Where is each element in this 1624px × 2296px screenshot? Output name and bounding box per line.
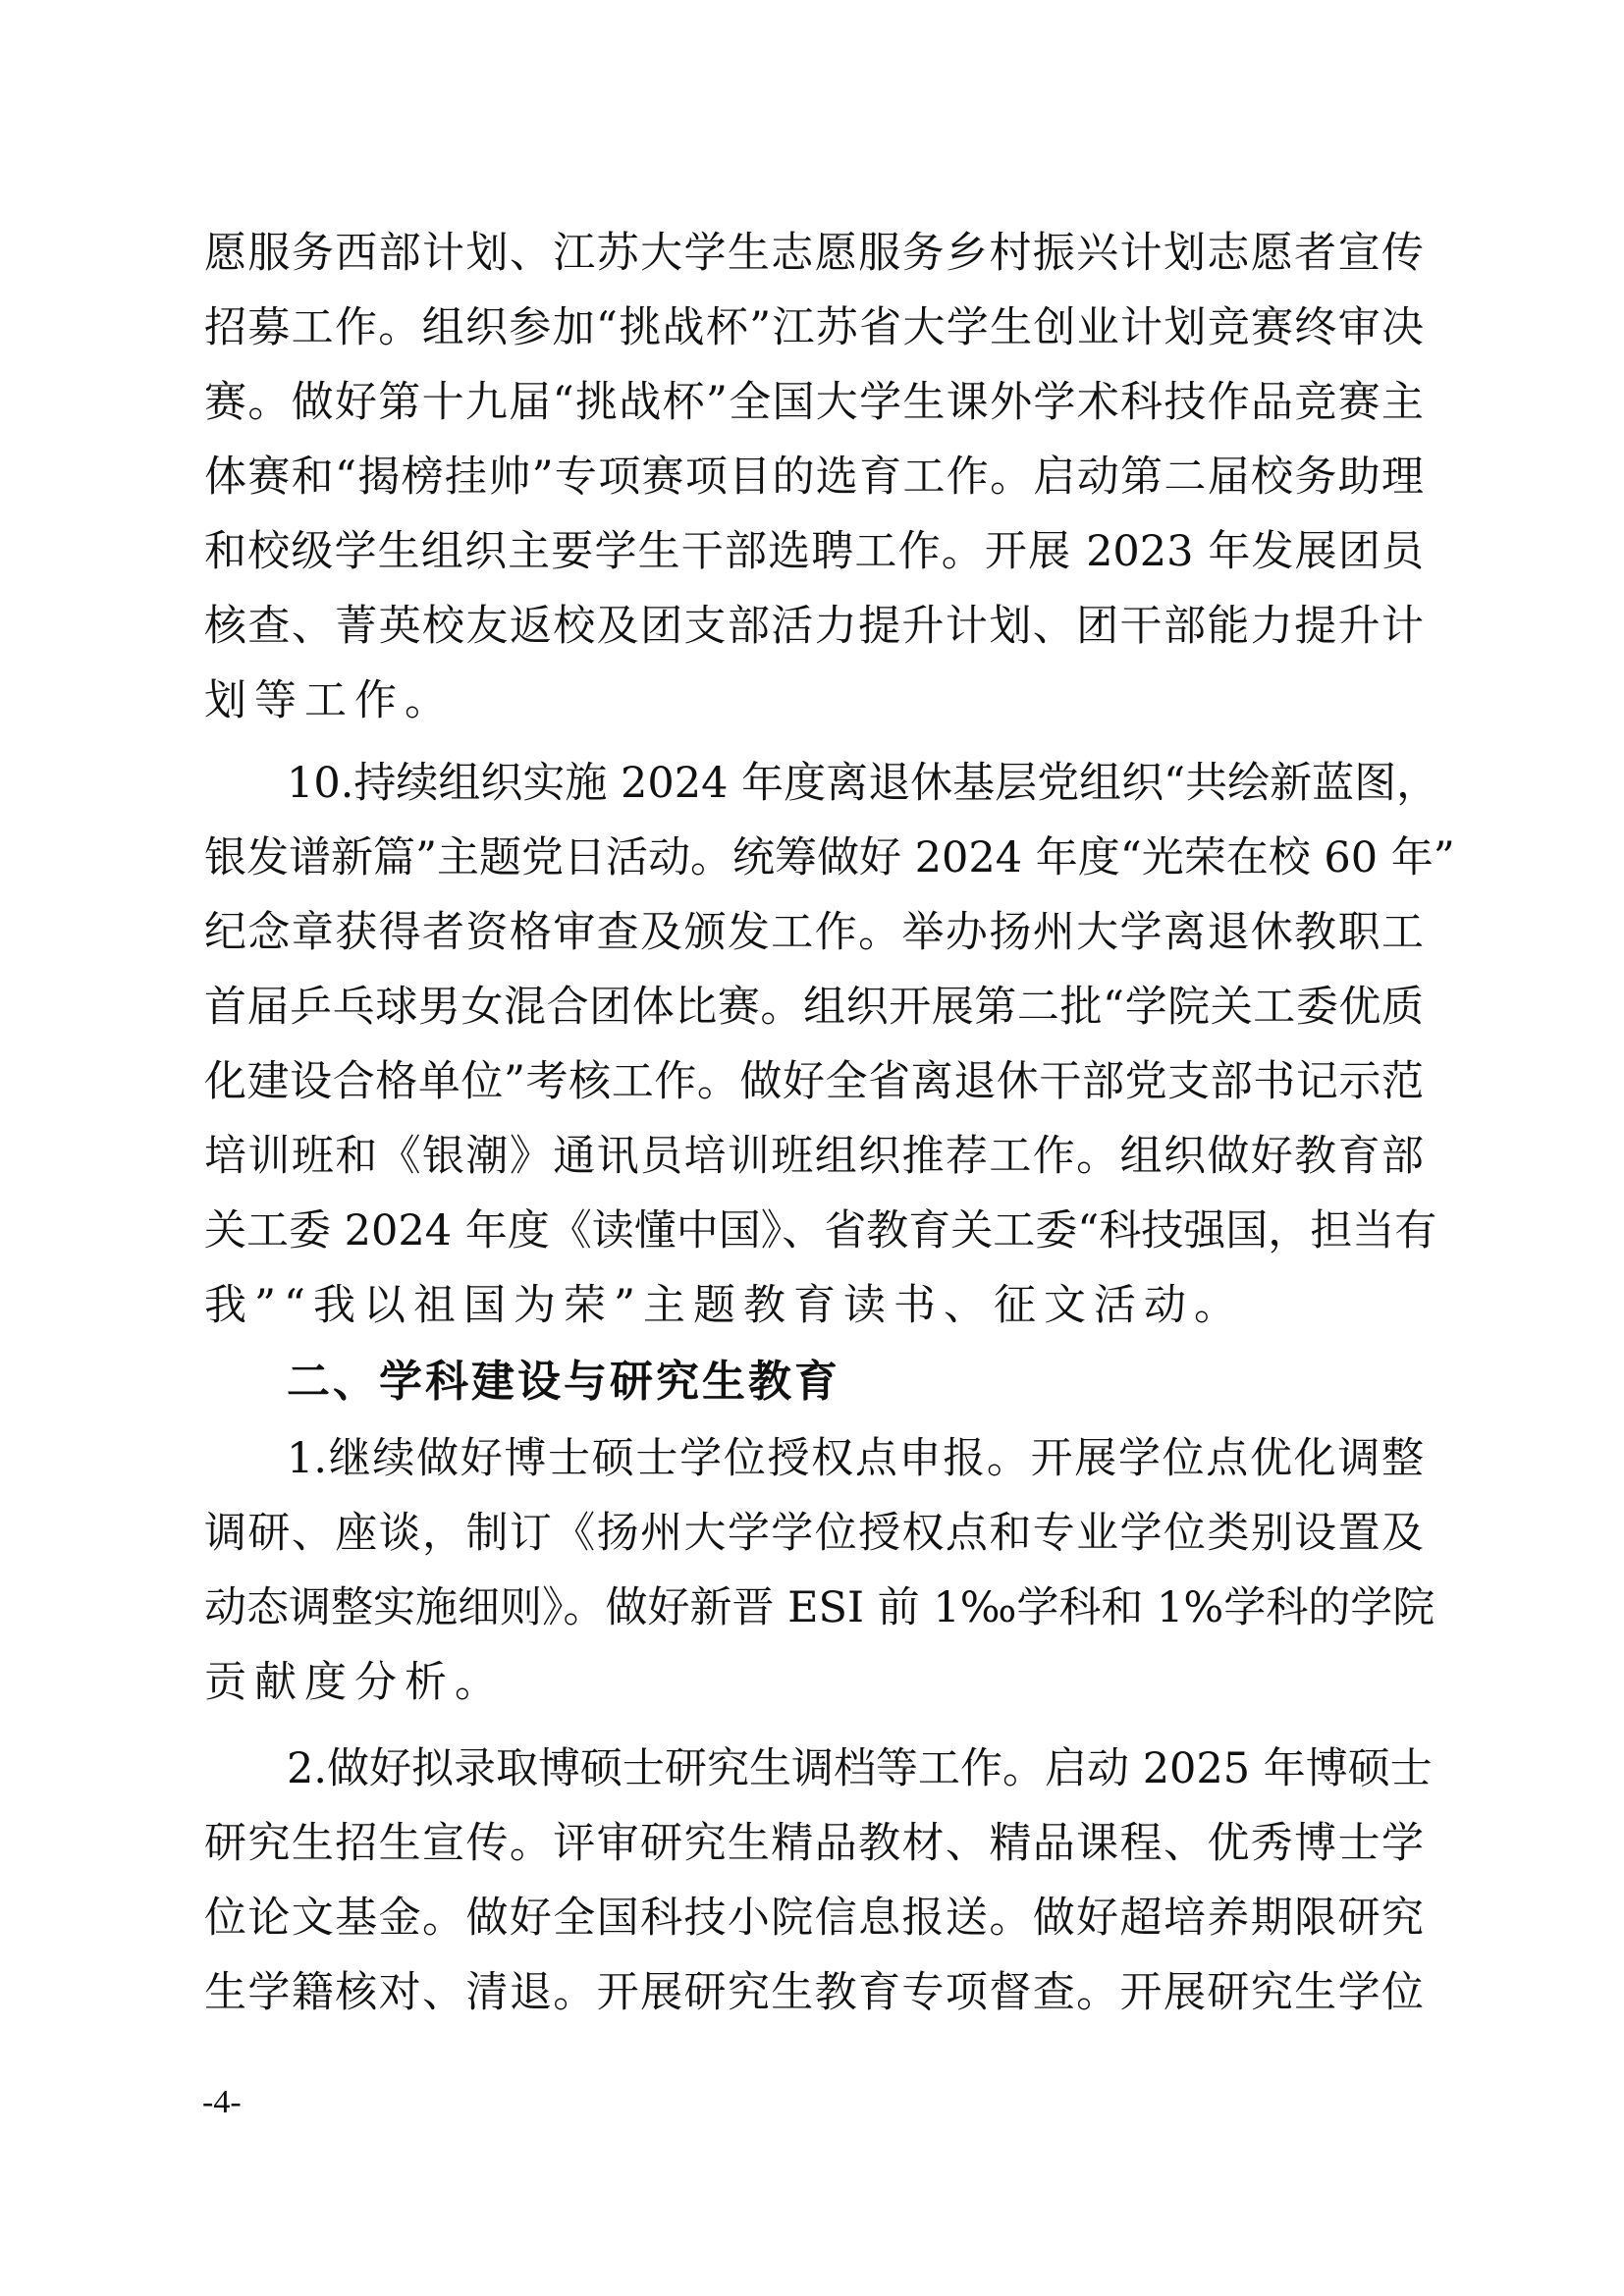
paragraph-line: 赛。做好第十九届“挑战杯”全国大学生课外学术科技作品竞赛主 — [204, 377, 1424, 428]
paragraph-line: 贡献度分析。 — [204, 1657, 1424, 1708]
paragraph-line: 关工委 2024 年度《读懂中国》、省教育关工委“科技强国，担当有 — [204, 1205, 1424, 1256]
paragraph-line: 首届乒乓球男女混合团体比赛。组织开展第二批“学院关工委优质 — [204, 982, 1424, 1033]
section-heading: 二、学科建设与研究生教育 — [287, 1353, 840, 1412]
paragraph-line: 核查、菁英校友返校及团支部活力提升计划、团干部能力提升计 — [204, 601, 1424, 652]
paragraph-line: 招募工作。组织参加“挑战杯”江苏省大学生创业计划竞赛终审决 — [204, 302, 1424, 353]
document-page: 愿服务西部计划、江苏大学生志愿服务乡村振兴计划志愿者宣传 招募工作。组织参加“挑… — [0, 0, 1624, 2296]
paragraph-line: 生学籍核对、清退。开展研究生教育专项督查。开展研究生学位 — [204, 1967, 1424, 2018]
paragraph-line: 动态调整实施细则》。做好新晋 ESI 前 1‰学科和 1%学科的学院 — [204, 1582, 1424, 1633]
paragraph-line: 我”“我以祖国为荣”主题教育读书、征文活动。 — [204, 1280, 1424, 1331]
paragraph-first-line: 10.持续组织实施 2024 年度离退休基层党组织“共绘新蓝图， — [287, 758, 1424, 809]
paragraph-line: 银发谱新篇”主题党日活动。统筹做好 2024 年度“光荣在校 60 年” — [204, 832, 1424, 883]
paragraph-line: 和校级学生组织主要学生干部选聘工作。开展 2023 年发展团员 — [204, 526, 1424, 577]
paragraph-line: 纪念章获得者资格审查及颁发工作。举办扬州大学离退休教职工 — [204, 907, 1424, 958]
paragraph-line: 体赛和“揭榜挂帅”专项赛项目的选育工作。启动第二届校务助理 — [204, 452, 1424, 503]
paragraph-line: 划等工作。 — [204, 675, 1424, 726]
paragraph-line: 调研、座谈，制订《扬州大学学位授权点和专业学位类别设置及 — [204, 1508, 1424, 1559]
paragraph-line: 培训班和《银潮》通讯员培训班组织推荐工作。组织做好教育部 — [204, 1131, 1424, 1182]
paragraph-line: 研究生招生宣传。评审研究生精品教材、精品课程、优秀博士学 — [204, 1818, 1424, 1869]
paragraph-line: 化建设合格单位”考核工作。做好全省离退休干部党支部书记示范 — [204, 1056, 1424, 1107]
paragraph-line: 位论文基金。做好全国科技小院信息报送。做好超培养期限研究 — [204, 1893, 1424, 1944]
paragraph-first-line: 2.做好拟录取博硕士研究生调档等工作。启动 2025 年博硕士 — [287, 1743, 1424, 1794]
paragraph-line: 愿服务西部计划、江苏大学生志愿服务乡村振兴计划志愿者宣传 — [204, 228, 1424, 279]
page-number: -4- — [202, 2083, 242, 2122]
paragraph-first-line: 1.继续做好博士硕士学位授权点申报。开展学位点优化调整 — [287, 1433, 1424, 1484]
